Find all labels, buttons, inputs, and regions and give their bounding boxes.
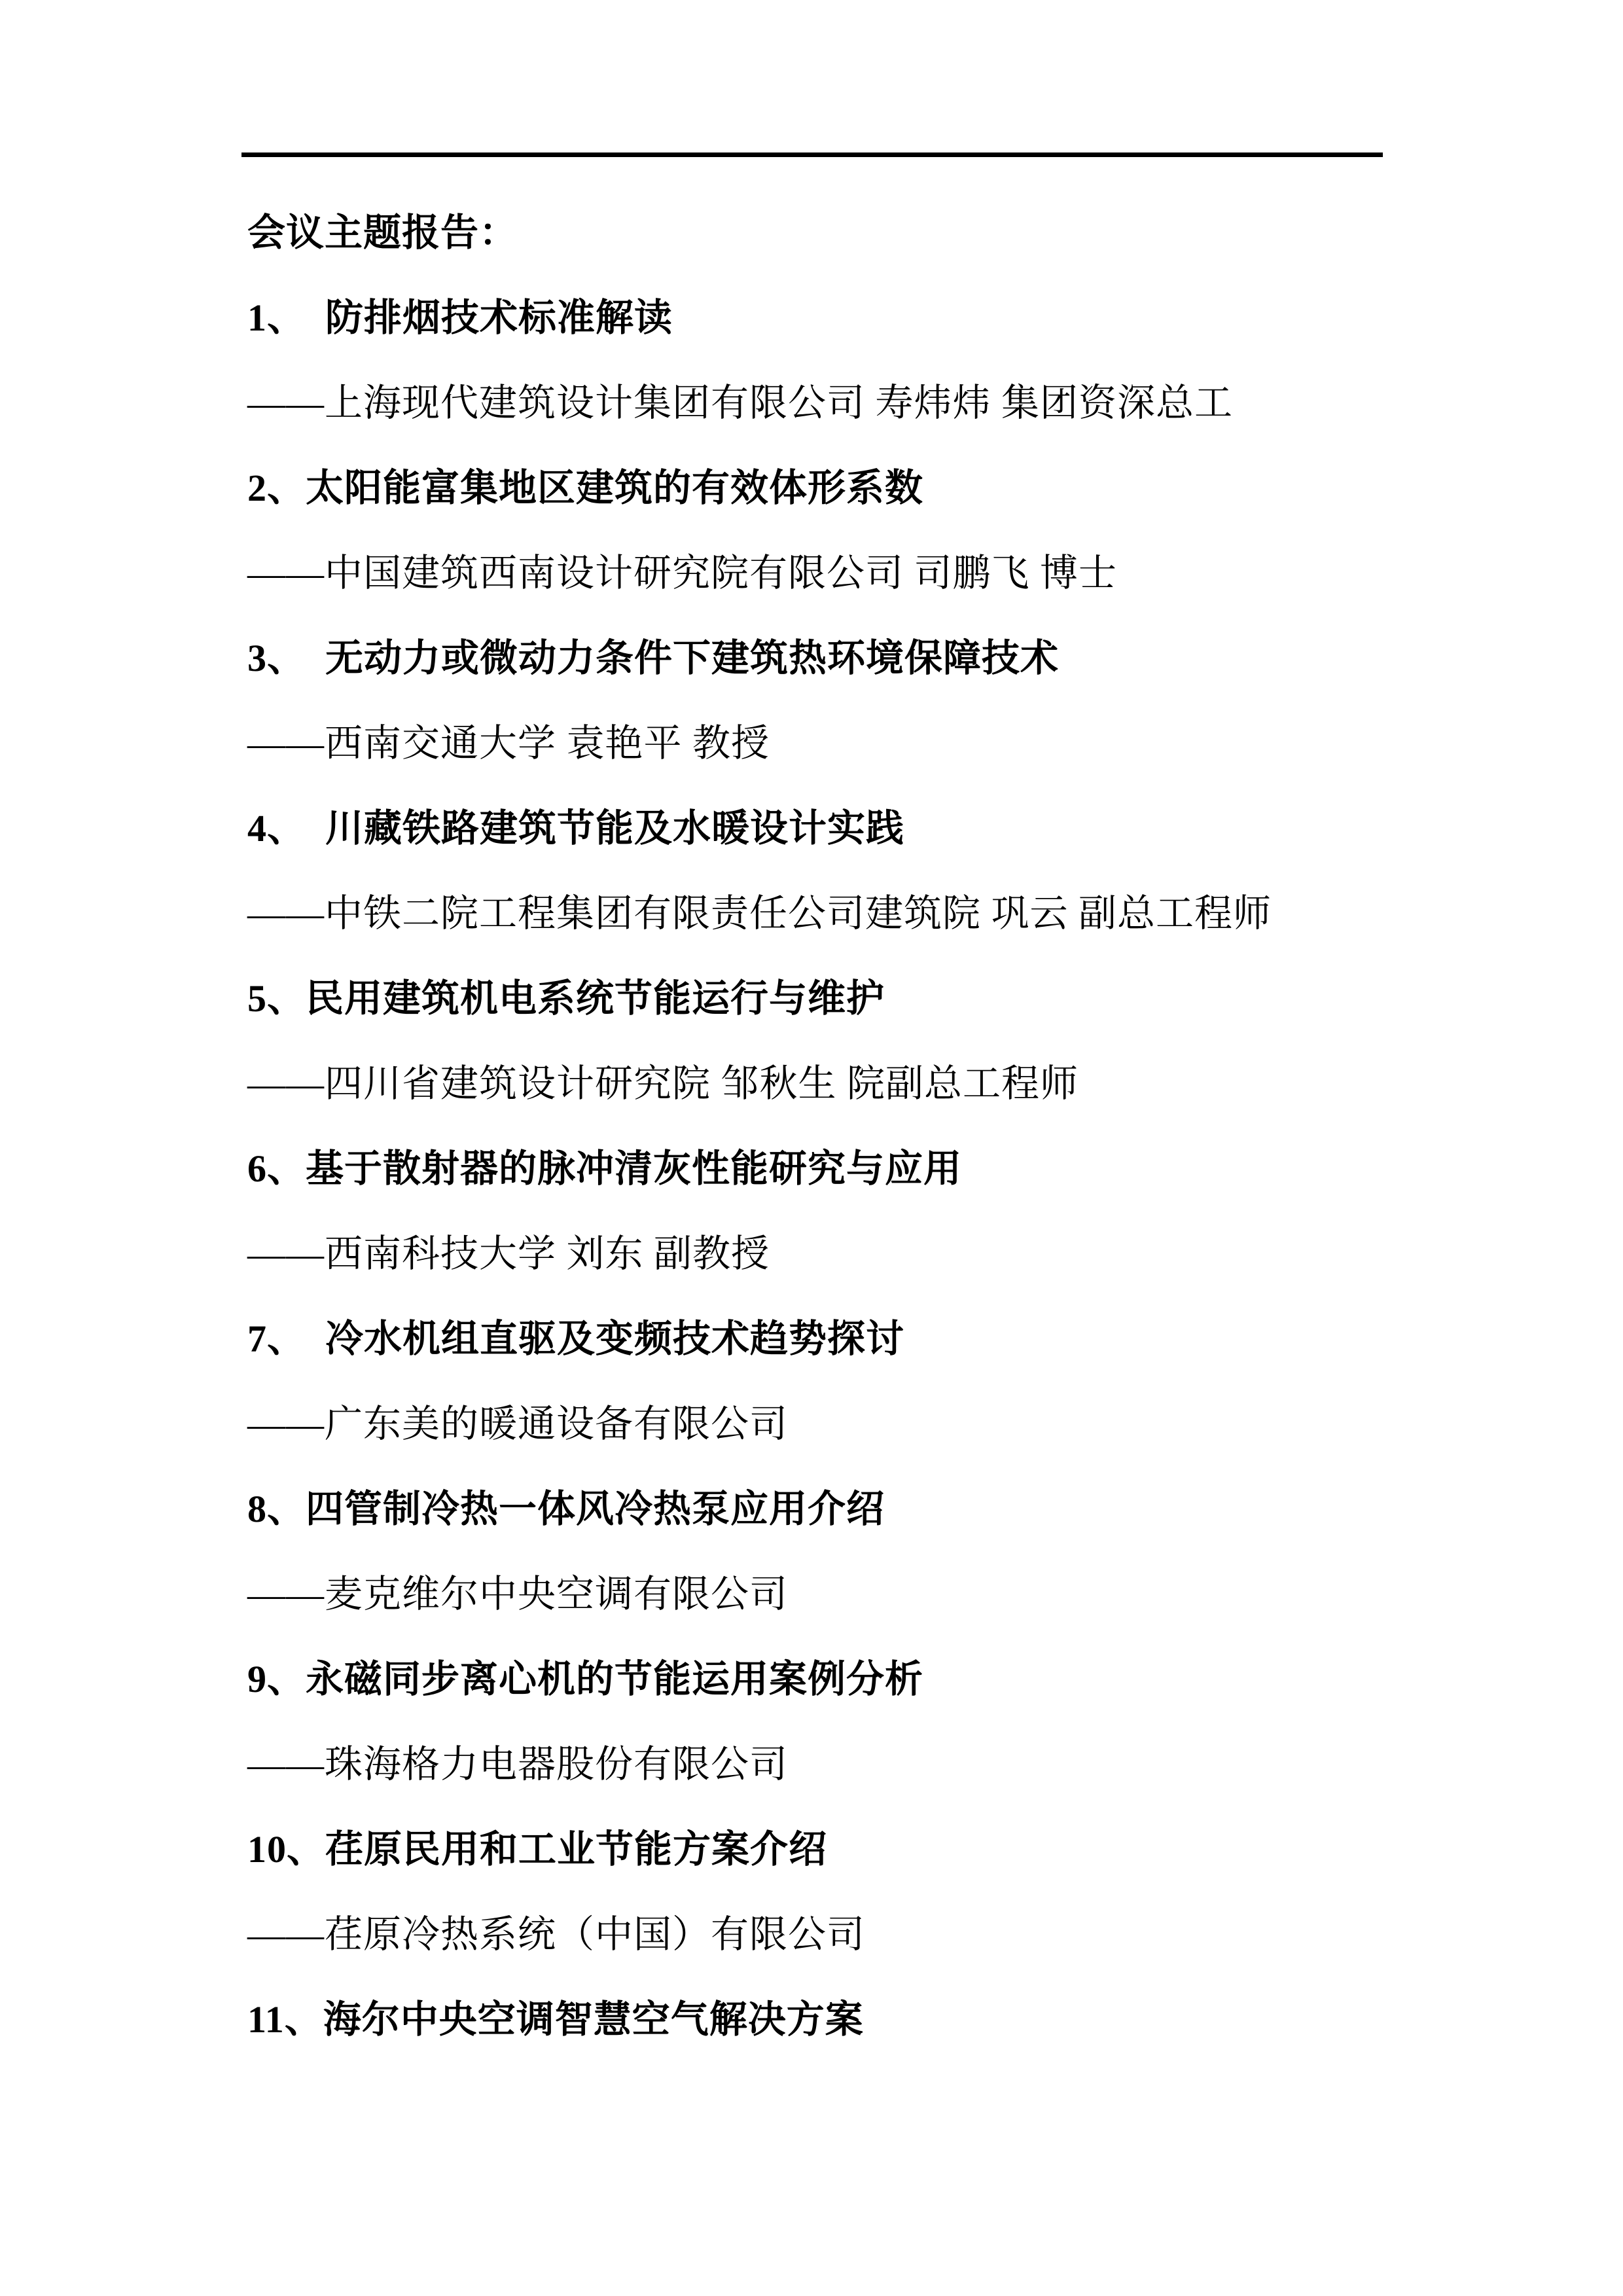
topic-heading: 3、 无动力或微动力条件下建筑热环境保障技术 <box>247 616 1403 701</box>
presenter-line: ——广东美的暖通设备有限公司 <box>247 1382 1403 1467</box>
presenter-line: ——中国建筑西南设计研究院有限公司 司鹏飞 博士 <box>247 531 1403 616</box>
presenter-line: ——西南科技大学 刘东 副教授 <box>247 1211 1403 1297</box>
topic-heading: 5、民用建筑机电系统节能运行与维护 <box>247 956 1403 1041</box>
presenter-line: ——西南交通大学 袁艳平 教授 <box>247 701 1403 786</box>
topic-heading: 7、 冷水机组直驱及变频技术趋势探讨 <box>247 1297 1403 1382</box>
presenter-line: ——麦克维尔中央空调有限公司 <box>247 1552 1403 1637</box>
presenter-line: ——中铁二院工程集团有限责任公司建筑院 巩云 副总工程师 <box>247 871 1403 956</box>
topic-heading: 2、太阳能富集地区建筑的有效体形系数 <box>247 446 1403 531</box>
presenter-line: ——珠海格力电器股份有限公司 <box>247 1722 1403 1807</box>
presenter-line: ——四川省建筑设计研究院 邹秋生 院副总工程师 <box>247 1041 1403 1126</box>
presenter-line: ——上海现代建筑设计集团有限公司 寿炜炜 集团资深总工 <box>247 361 1403 446</box>
topic-heading: 6、基于散射器的脉冲清灰性能研究与应用 <box>247 1126 1403 1211</box>
presenter-line: ——荏原冷热系统（中国）有限公司 <box>247 1892 1403 1977</box>
topic-heading: 10、荏原民用和工业节能方案介绍 <box>247 1807 1403 1892</box>
topic-heading: 4、 川藏铁路建筑节能及水暖设计实践 <box>247 786 1403 871</box>
section-title: 会议主题报告： <box>247 190 1403 276</box>
topic-heading: 9、永磁同步离心机的节能运用案例分析 <box>247 1637 1403 1722</box>
topic-heading: 8、四管制冷热一体风冷热泵应用介绍 <box>247 1467 1403 1552</box>
header-rule <box>241 152 1383 157</box>
agenda-content: 会议主题报告： 1、 防排烟技术标准解读 ——上海现代建筑设计集团有限公司 寿炜… <box>247 190 1403 2062</box>
topic-heading: 11、海尔中央空调智慧空气解决方案 <box>247 1977 1403 2062</box>
page: 会议主题报告： 1、 防排烟技术标准解读 ——上海现代建筑设计集团有限公司 寿炜… <box>0 0 1623 2296</box>
topic-heading: 1、 防排烟技术标准解读 <box>247 276 1403 361</box>
